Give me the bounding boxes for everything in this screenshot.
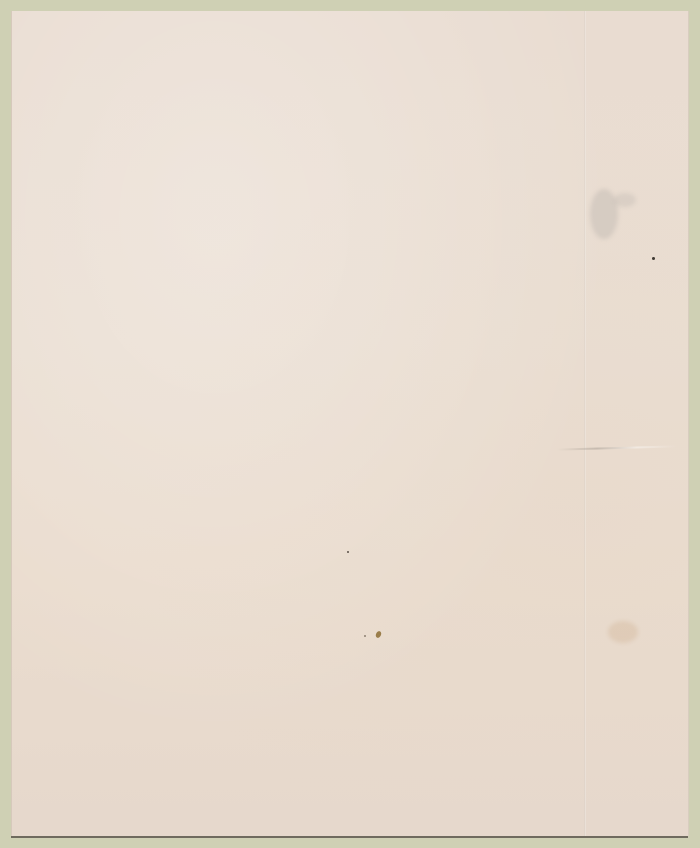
paper-sheet [11, 11, 688, 836]
horizontal-crease [557, 445, 677, 450]
vertical-crease [584, 11, 586, 836]
speck-mark [652, 257, 655, 260]
speck-mark [364, 635, 366, 637]
smudge-mark [614, 193, 636, 207]
stain-mark [608, 621, 638, 643]
speck-mark [347, 551, 349, 553]
speck-mark [375, 630, 382, 638]
